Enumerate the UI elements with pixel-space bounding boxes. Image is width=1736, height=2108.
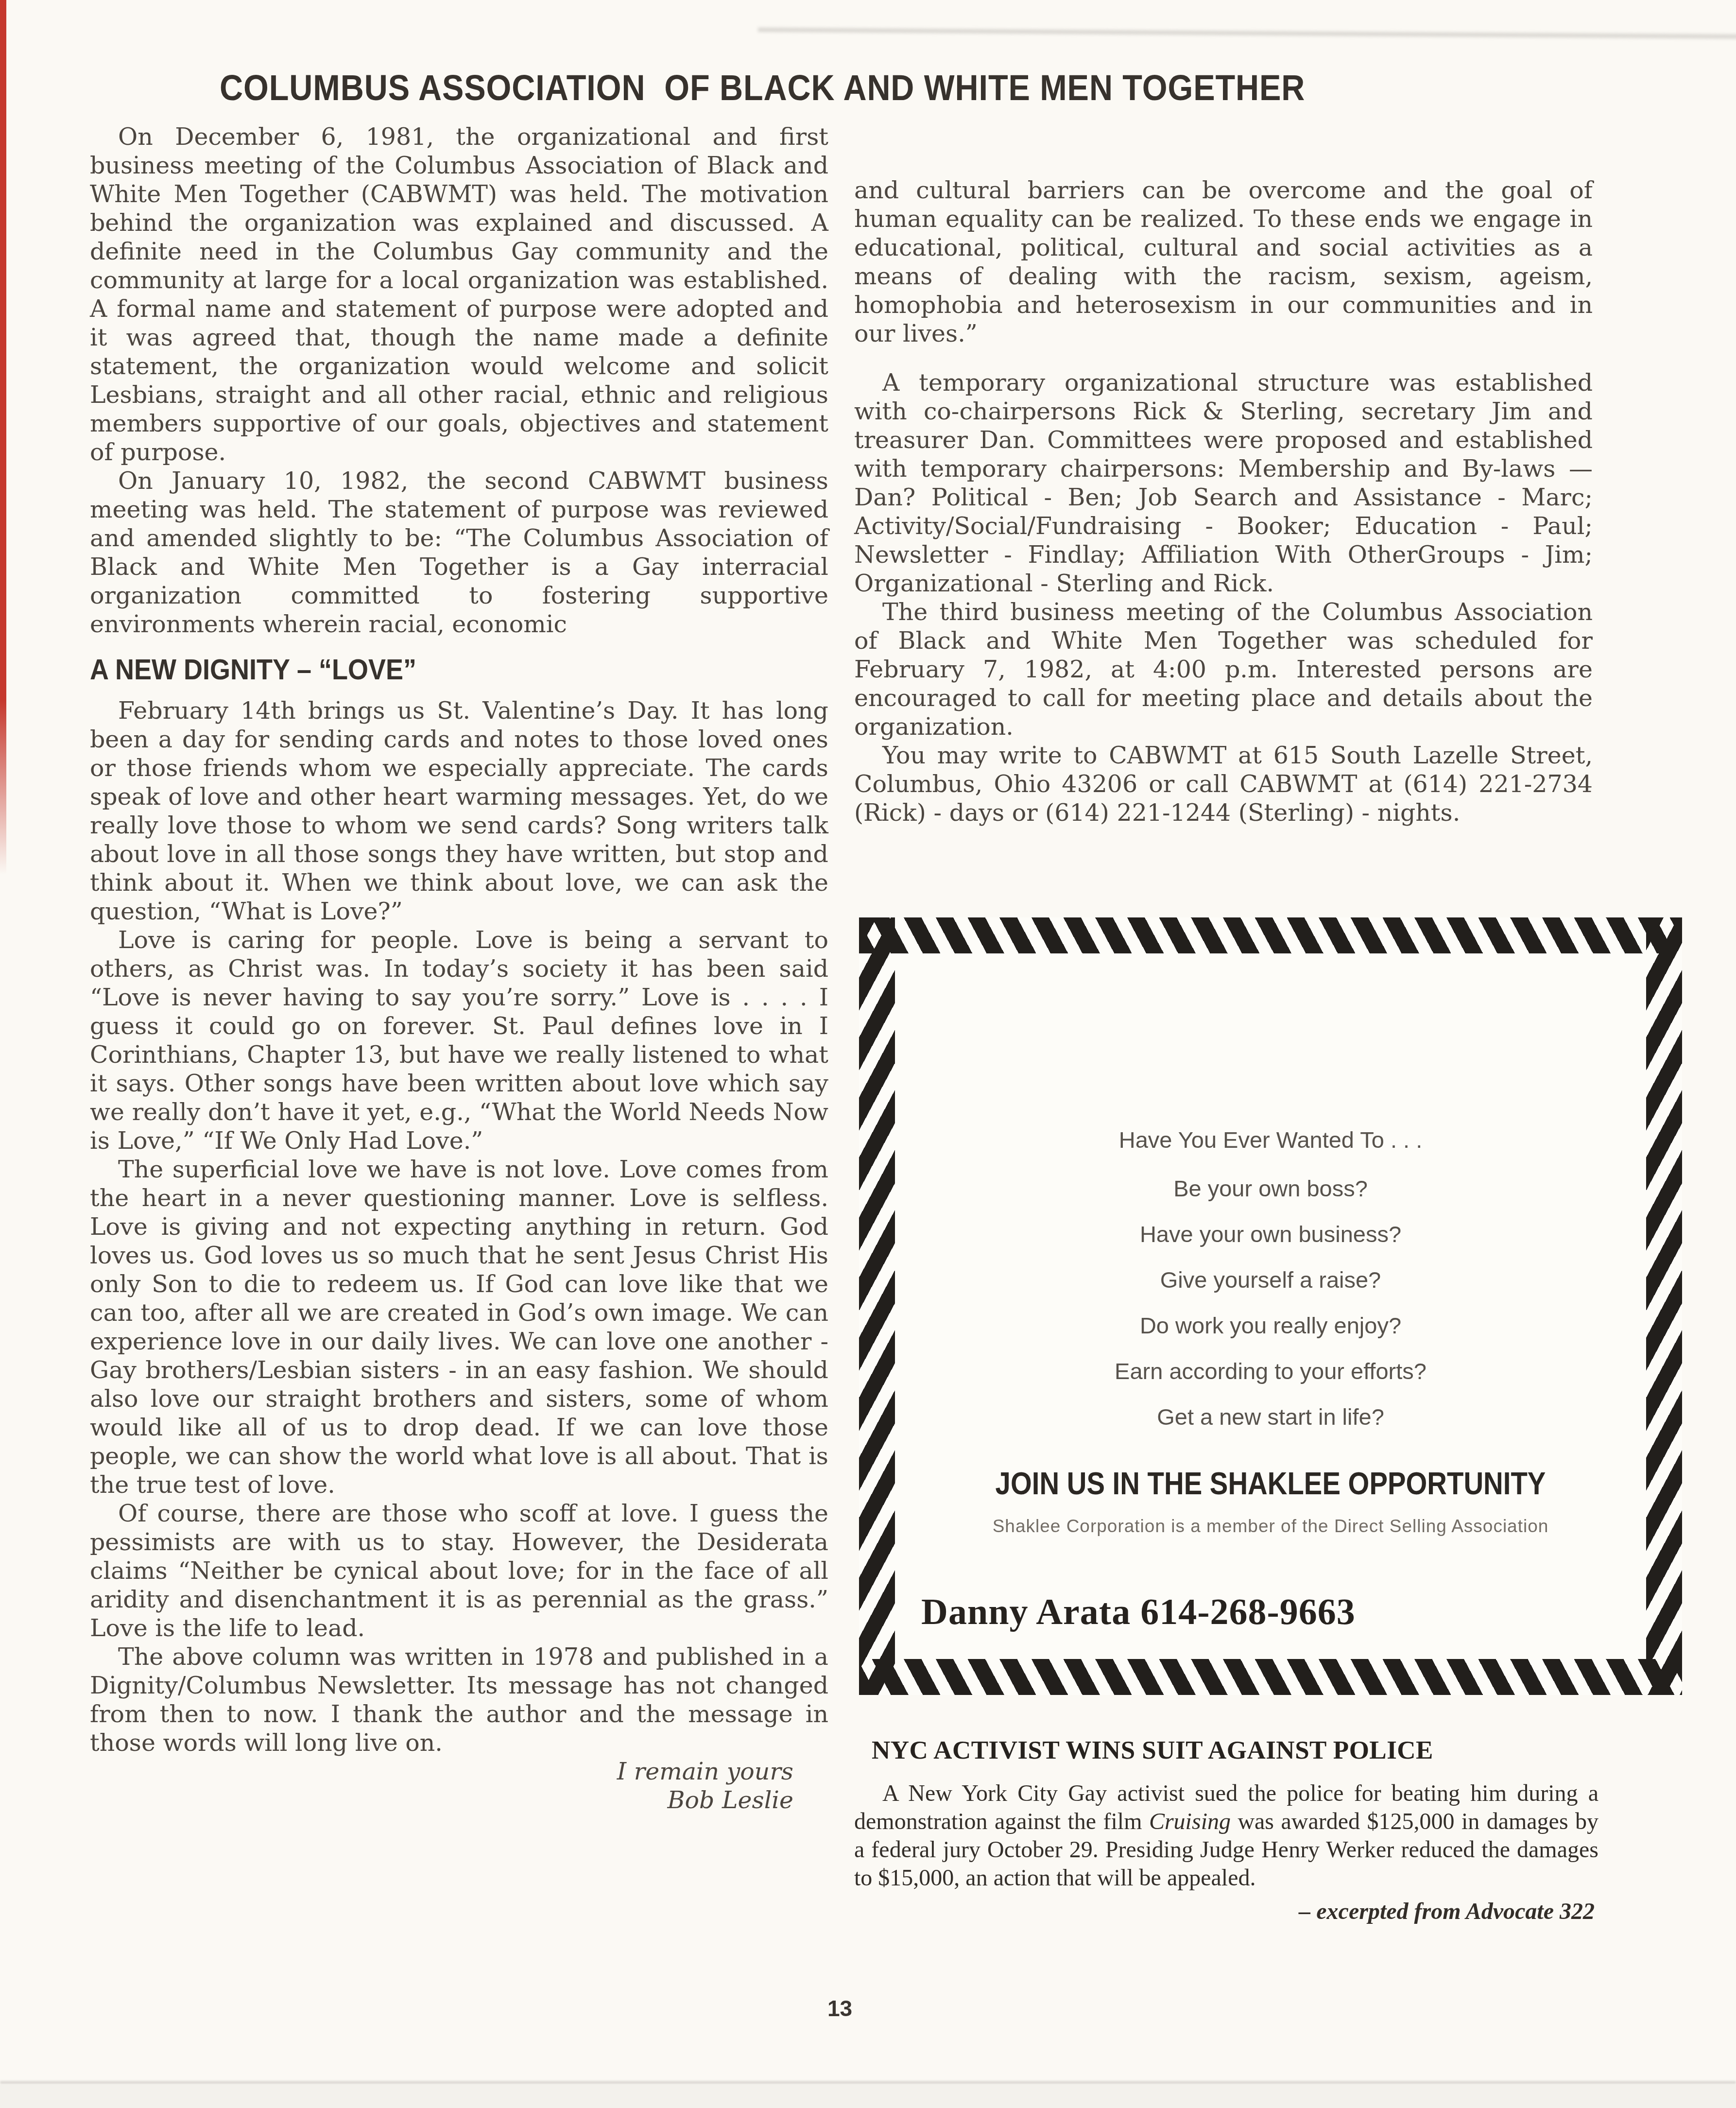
scan-bottom-shadow	[0, 2081, 1736, 2084]
cabwmt-paragraph-2: On January 10, 1982, the second CABWMT b…	[90, 467, 828, 639]
scan-bottom-edge	[0, 2085, 1736, 2108]
left-column: On December 6, 1981, the organizational …	[90, 122, 828, 1814]
dignity-paragraph-4: Of course, there are those who scoff at …	[90, 1499, 828, 1642]
newsletter-page: COLUMBUS ASSOCIATION OF BLACK AND WHITE …	[0, 0, 1736, 2108]
signoff-line-1: I remain yours	[90, 1757, 828, 1786]
nyc-article: NYC ACTIVIST WINS SUIT AGAINST POLICE A …	[854, 1736, 1598, 1925]
ad-intro-line: Have You Ever Wanted To . . .	[859, 1126, 1682, 1153]
ribbon-border-bottom	[859, 1659, 1682, 1695]
page-title: COLUMBUS ASSOCIATION OF BLACK AND WHITE …	[220, 67, 1305, 108]
cabwmt-paragraph-3-continuation: and cultural barriers can be overcome an…	[854, 176, 1593, 348]
ad-question: Get a new start in life?	[859, 1403, 1682, 1430]
shaklee-advertisement: Have You Ever Wanted To . . . Be your ow…	[859, 917, 1682, 1695]
ribbon-border-top	[859, 917, 1682, 953]
cabwmt-paragraph-4: A temporary organizational structure was…	[854, 368, 1593, 598]
cabwmt-paragraph-1: On December 6, 1981, the organizational …	[90, 122, 828, 467]
scan-top-shadow	[758, 28, 1736, 39]
nyc-film-title: Cruising	[1149, 1809, 1231, 1834]
nyc-article-heading: NYC ACTIVIST WINS SUIT AGAINST POLICE	[872, 1736, 1598, 1765]
dignity-article-heading: A NEW DIGNITY – “LOVE”	[90, 655, 755, 684]
ad-contact: Danny Arata 614-268-9663	[921, 1591, 1356, 1633]
ad-question: Earn according to your efforts?	[859, 1358, 1682, 1384]
signoff-line-2: Bob Leslie	[90, 1786, 828, 1814]
dignity-paragraph-2: Love is caring for people. Love is being…	[90, 926, 828, 1155]
dignity-paragraph-5: The above column was written in 1978 and…	[90, 1642, 828, 1757]
ad-question: Give yourself a raise?	[859, 1266, 1682, 1293]
cabwmt-paragraph-6: You may write to CABWMT at 615 South Laz…	[854, 741, 1593, 827]
ad-question: Have your own business?	[859, 1221, 1682, 1247]
ad-subline: Shaklee Corporation is a member of the D…	[859, 1516, 1682, 1537]
cabwmt-paragraph-5: The third business meeting of the Columb…	[854, 598, 1593, 741]
nyc-attribution: – excerpted from Advocate 322	[854, 1898, 1598, 1925]
nyc-article-body: A New York City Gay activist sued the po…	[854, 1780, 1598, 1892]
ad-headline: JOIN US IN THE SHAKLEE OPPORTUNITY	[909, 1466, 1633, 1502]
right-column: and cultural barriers can be overcome an…	[854, 176, 1593, 827]
ad-question: Do work you really enjoy?	[859, 1312, 1682, 1339]
page-number: 13	[827, 1995, 852, 2022]
ad-question-lines: Be your own boss? Have your own business…	[859, 1175, 1682, 1430]
ad-question: Be your own boss?	[859, 1175, 1682, 1202]
scan-red-edge-mark	[0, 0, 6, 875]
dignity-paragraph-1: February 14th brings us St. Valentine’s …	[90, 696, 828, 926]
dignity-paragraph-3: The superficial love we have is not love…	[90, 1155, 828, 1499]
